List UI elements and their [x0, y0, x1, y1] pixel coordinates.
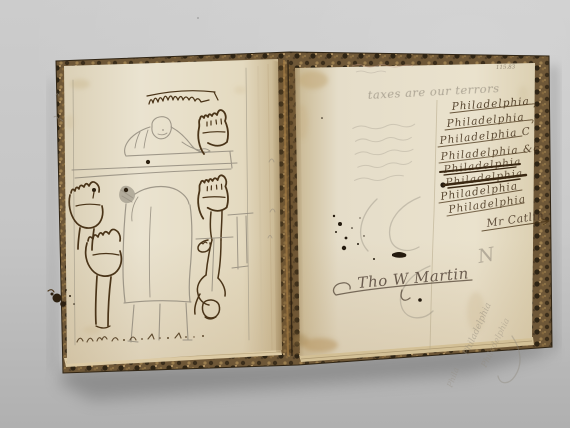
photograph-of-open-sketchbook: 115.83 taxes are our terrors: [0, 0, 570, 428]
gutter: [272, 60, 304, 356]
left-page: [48, 59, 282, 364]
sketchbook-photo: 115.83 taxes are our terrors: [0, 0, 570, 428]
corner-mark: 115.83: [496, 64, 516, 71]
